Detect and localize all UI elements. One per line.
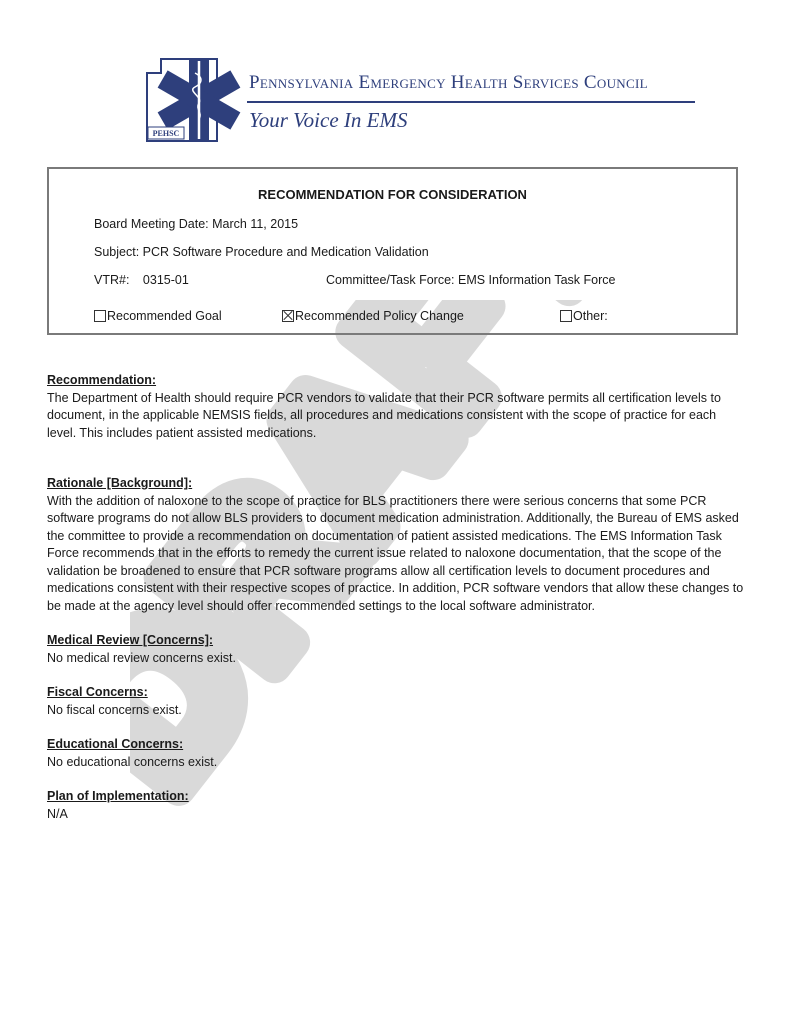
checkbox-unchecked-icon[interactable] bbox=[560, 310, 572, 322]
section-body: N/A bbox=[47, 806, 747, 824]
org-logo-header: PEHSC Pennsylvania Emergency Health Serv… bbox=[143, 55, 703, 145]
section-heading: Rationale [Background]: bbox=[47, 475, 747, 493]
org-name: Pennsylvania Emergency Health Services C… bbox=[249, 72, 648, 94]
board-meeting-date: Board Meeting Date: March 11, 2015 bbox=[94, 217, 298, 231]
committee-task-force: Committee/Task Force: EMS Information Ta… bbox=[326, 273, 615, 287]
checkbox-recommended-goal[interactable]: Recommended Goal bbox=[94, 309, 222, 323]
section-medical-review: Medical Review [Concerns]: No medical re… bbox=[47, 632, 747, 667]
checkbox-checked-icon[interactable] bbox=[282, 310, 294, 322]
recommendation-form-box: RECOMMENDATION FOR CONSIDERATION Board M… bbox=[47, 167, 738, 335]
subject-line: Subject: PCR Software Procedure and Medi… bbox=[94, 245, 429, 259]
checkbox-recommended-policy-change[interactable]: Recommended Policy Change bbox=[282, 309, 464, 323]
vtr-label: VTR#: bbox=[94, 273, 129, 287]
checkbox-unchecked-icon[interactable] bbox=[94, 310, 106, 322]
document-body: Recommendation: The Department of Health… bbox=[47, 372, 747, 823]
vtr-number: VTR#: 0315-01 bbox=[94, 273, 189, 287]
section-recommendation: Recommendation: The Department of Health… bbox=[47, 372, 747, 442]
section-heading: Educational Concerns: bbox=[47, 736, 747, 754]
section-body: No fiscal concerns exist. bbox=[47, 702, 747, 720]
section-plan-of-implementation: Plan of Implementation: N/A bbox=[47, 788, 747, 823]
section-heading: Fiscal Concerns: bbox=[47, 684, 747, 702]
section-educational-concerns: Educational Concerns: No educational con… bbox=[47, 736, 747, 771]
section-heading: Recommendation: bbox=[47, 372, 747, 390]
section-rationale: Rationale [Background]: With the additio… bbox=[47, 475, 747, 615]
section-body: No medical review concerns exist. bbox=[47, 650, 747, 668]
section-heading: Medical Review [Concerns]: bbox=[47, 632, 747, 650]
section-fiscal-concerns: Fiscal Concerns: No fiscal concerns exis… bbox=[47, 684, 747, 719]
section-body: With the addition of naloxone to the sco… bbox=[47, 493, 747, 616]
vtr-value: 0315-01 bbox=[143, 273, 189, 287]
section-body: The Department of Health should require … bbox=[47, 390, 747, 443]
header-divider bbox=[247, 101, 695, 103]
org-tagline: Your Voice In EMS bbox=[249, 108, 407, 133]
checkbox-label: Recommended Goal bbox=[107, 309, 222, 323]
checkbox-other[interactable]: Other: bbox=[560, 309, 608, 323]
checkbox-label: Recommended Policy Change bbox=[295, 309, 464, 323]
section-heading: Plan of Implementation: bbox=[47, 788, 747, 806]
star-of-life-icon: PEHSC bbox=[143, 55, 243, 145]
section-body: No educational concerns exist. bbox=[47, 754, 747, 772]
svg-text:PEHSC: PEHSC bbox=[153, 129, 180, 138]
form-title: RECOMMENDATION FOR CONSIDERATION bbox=[49, 187, 736, 202]
checkbox-label: Other: bbox=[573, 309, 608, 323]
